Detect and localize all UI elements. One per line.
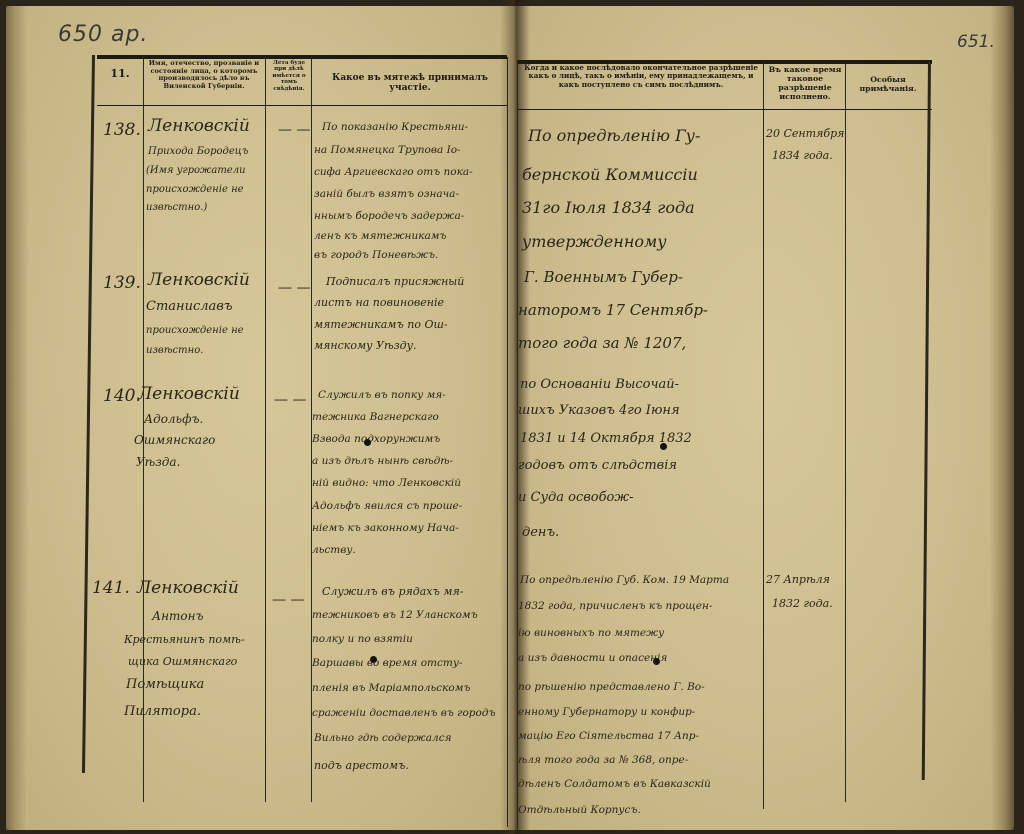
row-140-participation-3: Взвода подхорунжимъ — [312, 434, 440, 445]
right-page-edge — [990, 6, 1014, 830]
row-139-resolution-3: того года за № 1207, — [518, 336, 686, 351]
row-141-participation-3: полку и по взятіи — [312, 634, 413, 645]
row-141-participation-4: Варшавы во время отсту- — [312, 658, 462, 669]
register-spread: 650 ap. 651. 11. Имя, отечество, прозван… — [0, 0, 1024, 834]
header-bottom-rule-right — [517, 109, 932, 110]
col-divider-resolution — [763, 62, 764, 809]
row-141-surname: Ленковскій — [137, 580, 239, 597]
row-141-executed-1: 27 Апрѣля — [766, 574, 830, 585]
row-140-participation-2: тежника Вагнерскаго — [312, 412, 439, 423]
row-138-participation-4: заній былъ взятъ означа- — [314, 189, 459, 200]
row-140-participation-6: Адольфъ явился съ проше- — [312, 501, 462, 512]
row-139-person-line-2: происхожденіе не — [146, 326, 244, 336]
row-138-person-line-1: Прихода Бородецъ — [148, 147, 248, 157]
row-138-person-line-4: извѣстно.) — [146, 203, 207, 213]
row-141-resolution-6: енному Губернатору и конфир- — [518, 707, 695, 718]
row-140-resolution-5: и Суда освобож- — [518, 491, 634, 504]
row-140-resolution-6: денъ. — [522, 526, 559, 539]
col-divider-participation — [507, 57, 508, 827]
row-141-resolution-8: ѣля того года за № 368, опре- — [518, 755, 688, 766]
row-139-resolution-2: наторомъ 17 Сентябр- — [518, 303, 708, 318]
row-140-participation-8: льству. — [312, 545, 356, 556]
row-138-resolution-1: По опредѣленію Гу- — [528, 128, 700, 144]
row-141-person-line-5: Пилятора. — [124, 705, 201, 718]
row-138-resolution-4: утвержденному — [522, 234, 667, 250]
binding-hole — [364, 439, 371, 446]
header-resolution: Когда и какое послѣдовало окончательное … — [520, 64, 762, 89]
header-bottom-rule-left — [97, 105, 507, 106]
row-141-lot: — — — [272, 592, 304, 608]
binding-hole — [660, 443, 667, 450]
row-141-resolution-3: ію виновныхъ по мятежу — [518, 628, 664, 639]
row-140-lot: — — — [274, 392, 306, 408]
row-138-participation-1: По показанію Крестьяни- — [322, 122, 468, 133]
row-140-person-line-1: Адольфъ. — [144, 413, 203, 425]
row-139-lot: — — — [278, 280, 310, 296]
row-138-number: 138. — [103, 122, 141, 139]
row-141-person-line-2: Крестьянинъ помѣ- — [124, 634, 245, 645]
row-138-lot: — — — [278, 122, 310, 138]
row-139-participation-3: мятежникамъ по Ош- — [314, 319, 448, 330]
row-138-person-line-3: происхожденіе не — [146, 185, 244, 195]
row-138-participation-2: на Помянецка Трупова Іо- — [314, 145, 461, 156]
row-141-resolution-1: По опредѣленію Губ. Ком. 19 Марта — [520, 575, 729, 586]
row-139-surname: Ленковскій — [148, 272, 250, 289]
row-141-person-line-1: Антонъ — [152, 610, 204, 622]
row-138-participation-3: сифа Аргиевскаго отъ пока- — [314, 167, 473, 178]
binding-hole — [653, 658, 660, 665]
row-138-executed-1: 20 Сентября — [766, 128, 844, 139]
row-140-resolution-1: по Основаніи Высочай- — [520, 378, 679, 391]
row-138-participation-7: въ городъ Поневѣжъ. — [314, 250, 438, 261]
row-138-participation-6: ленъ къ мятежникамъ — [314, 231, 446, 242]
row-140-participation-4: а изъ дѣлъ нынѣ свѣдѣ- — [312, 456, 453, 467]
row-140-person-line-3: Уѣзда. — [136, 456, 180, 468]
row-141-resolution-4: а изъ давности и опасенія — [518, 653, 667, 664]
row-141-resolution-9: дѣленъ Солдатомъ въ Кавказскій — [518, 779, 711, 790]
row-139-participation-1: Подписалъ присяжный — [326, 276, 464, 287]
binding-hole — [370, 656, 377, 663]
row-141-person-line-3: щика Ошмянскаго — [128, 656, 237, 667]
folio-number-left: 650 ap. — [58, 22, 148, 47]
row-141-participation-5: пленія въ Маріампольскомъ — [312, 683, 470, 694]
row-140-participation-5: ній видно: что Ленковскій — [312, 478, 461, 489]
row-141-resolution-2: 1832 года, причисленъ къ прощен- — [518, 601, 712, 612]
row-141-resolution-5: по рѣшенію представлено Г. Во- — [518, 682, 705, 693]
row-141-resolution-10: Отдѣльный Корпусъ. — [518, 805, 641, 816]
row-140-resolution-3: 1831 и 14 Октября 1832 — [520, 432, 692, 445]
row-140-participation-1: Служилъ въ попку мя- — [318, 390, 446, 401]
header-no: 11. — [98, 68, 142, 81]
row-139-participation-4: мянскому Уѣзду. — [314, 340, 417, 351]
header-participation: Какое въ мятежѣ принималъ участіе. — [315, 73, 505, 94]
row-141-executed-2: 1832 года. — [772, 598, 833, 609]
row-138-executed-2: 1834 года. — [772, 150, 833, 161]
row-140-number: 140. — [103, 388, 141, 405]
folio-number-right: 651. — [957, 32, 995, 52]
row-139-person-line-3: извѣстно. — [146, 346, 203, 356]
row-141-participation-8: подъ арестомъ. — [314, 760, 409, 771]
row-139-person-line-1: Станиславъ — [146, 300, 233, 313]
col-divider-executed — [845, 62, 846, 802]
row-141-number: 141. — [92, 580, 130, 597]
row-140-surname: Ленковскій — [138, 386, 240, 403]
col-divider-person — [265, 57, 266, 802]
row-138-person-line-2: (Имя угрожатели — [146, 166, 246, 176]
row-139-resolution-1: Г. Военнымъ Губер- — [524, 270, 683, 285]
row-138-surname: Ленковскій — [148, 118, 250, 135]
row-141-participation-6: сраженіи доставленъ въ городъ — [312, 708, 496, 719]
row-140-person-line-2: Ошмянскаго — [134, 434, 215, 446]
row-138-resolution-2: бернской Коммиссіи — [522, 167, 698, 183]
header-person: Имя, отечество, прозваніе и состояніе ли… — [145, 60, 263, 90]
header-executed: Въ какое время таковое разрѣшеніе исполн… — [765, 66, 845, 102]
row-141-participation-1: Служилъ въ рядахъ мя- — [322, 586, 463, 597]
row-141-person-line-4: Помѣщика — [126, 678, 204, 691]
row-141-participation-2: тежниковъ въ 12 Уланскомъ — [312, 610, 478, 621]
row-140-resolution-4: годовъ отъ слѣдствія — [518, 459, 677, 472]
row-141-participation-7: Вильно гдѣ содержался — [314, 733, 452, 744]
row-138-resolution-3: 31го Іюля 1834 года — [522, 200, 695, 216]
left-page-edge — [6, 6, 28, 830]
row-139-participation-2: листъ на повиновеніе — [314, 297, 444, 308]
row-141-resolution-7: мацію Его Сіятельства 17 Апр- — [518, 731, 699, 742]
header-notes: Особыя примѣчанія. — [848, 76, 928, 94]
row-139-number: 139. — [103, 275, 141, 292]
row-140-resolution-2: шихъ Указовъ 4го Іюня — [518, 404, 680, 417]
header-lot: Лета буде при дѣлѣ имѣется о томъ свѣдѣн… — [268, 60, 310, 92]
row-140-participation-7: ніемъ къ законному Нача- — [312, 523, 459, 534]
row-138-participation-5: ннымъ бородечъ задержа- — [314, 211, 464, 222]
